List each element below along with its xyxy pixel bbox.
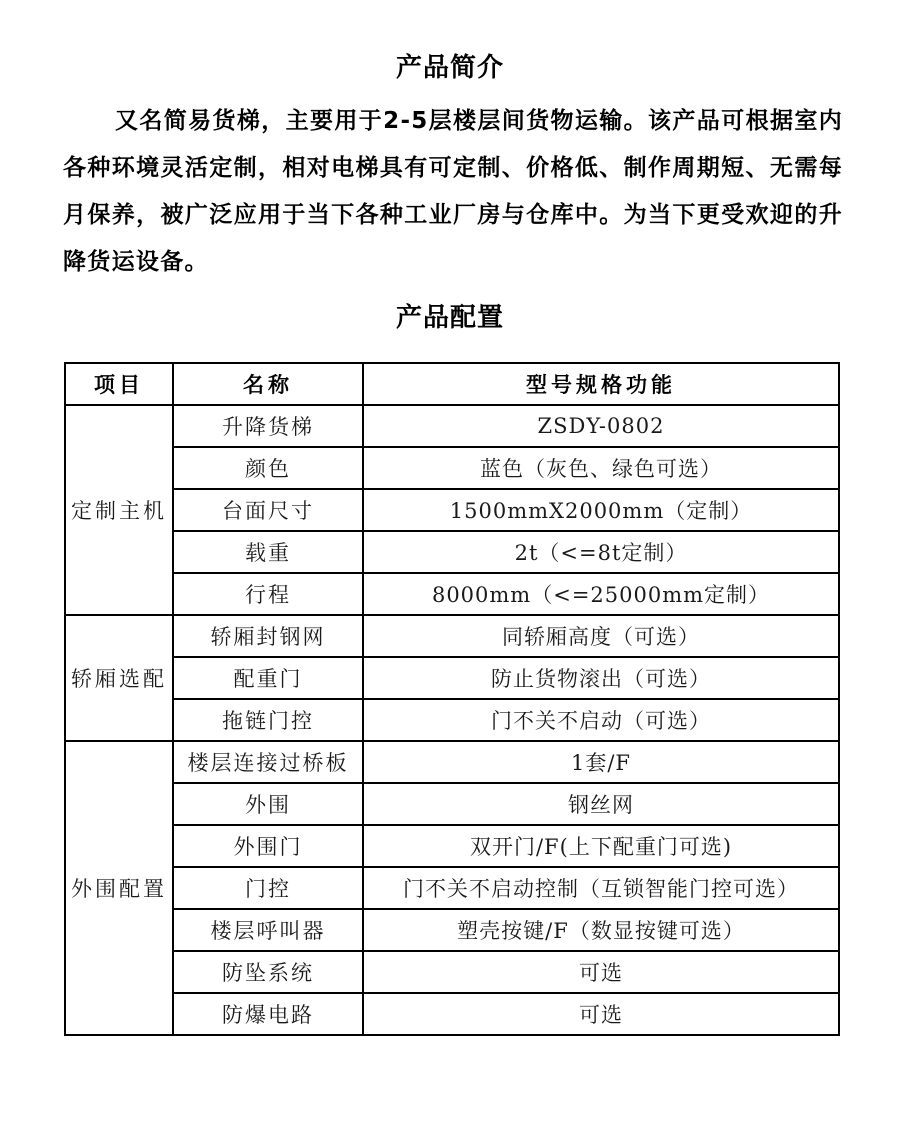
table-row: 防爆电路 可选 <box>65 993 839 1035</box>
header-item: 项目 <box>65 363 173 405</box>
row-name: 楼层连接过桥板 <box>173 741 363 783</box>
row-spec: 防止货物滚出（可选） <box>363 657 839 699</box>
row-name: 升降货梯 <box>173 405 363 447</box>
row-spec: 双开门/F(上下配重门可选) <box>363 825 839 867</box>
row-spec: 钢丝网 <box>363 783 839 825</box>
table-row: 外围门 双开门/F(上下配重门可选) <box>65 825 839 867</box>
table-row: 配重门 防止货物滚出（可选） <box>65 657 839 699</box>
row-spec: 1500mmX2000mm（定制） <box>363 489 839 531</box>
table-header-row: 项目 名称 型号规格功能 <box>65 363 839 405</box>
table-row: 拖链门控 门不关不启动（可选） <box>65 699 839 741</box>
row-name: 防坠系统 <box>173 951 363 993</box>
row-spec: 门不关不启动控制（互锁智能门控可选） <box>363 867 839 909</box>
intro-paragraph: 又名简易货梯，主要用于2-5层楼层间货物运输。该产品可根据室内各种环境灵活定制，… <box>63 98 843 286</box>
table-row: 门控 门不关不启动控制（互锁智能门控可选） <box>65 867 839 909</box>
row-spec: 门不关不启动（可选） <box>363 699 839 741</box>
row-spec: 蓝色（灰色、绿色可选） <box>363 447 839 489</box>
row-spec: 可选 <box>363 993 839 1035</box>
row-spec: 2t（<=8t定制） <box>363 531 839 573</box>
header-name: 名称 <box>173 363 363 405</box>
row-spec: 可选 <box>363 951 839 993</box>
table-row: 外围 钢丝网 <box>65 783 839 825</box>
group-label-car-options: 轿厢选配 <box>65 615 173 741</box>
config-table: 项目 名称 型号规格功能 定制主机 升降货梯 ZSDY-0802 颜色 蓝色（灰… <box>64 362 840 1036</box>
table-row: 颜色 蓝色（灰色、绿色可选） <box>65 447 839 489</box>
table-row: 台面尺寸 1500mmX2000mm（定制） <box>65 489 839 531</box>
table-row: 楼层呼叫器 塑壳按键/F（数显按键可选） <box>65 909 839 951</box>
row-name: 门控 <box>173 867 363 909</box>
row-name: 行程 <box>173 573 363 615</box>
table-row: 行程 8000mm（<=25000mm定制） <box>65 573 839 615</box>
group-label-peripheral: 外围配置 <box>65 741 173 1035</box>
intro-title: 产品简介 <box>0 53 900 83</box>
row-name: 颜色 <box>173 447 363 489</box>
group-label-main-unit: 定制主机 <box>65 405 173 615</box>
row-spec: ZSDY-0802 <box>363 405 839 447</box>
row-name: 防爆电路 <box>173 993 363 1035</box>
row-spec: 8000mm（<=25000mm定制） <box>363 573 839 615</box>
table-row: 定制主机 升降货梯 ZSDY-0802 <box>65 405 839 447</box>
row-name: 载重 <box>173 531 363 573</box>
row-spec: 1套/F <box>363 741 839 783</box>
header-spec: 型号规格功能 <box>363 363 839 405</box>
row-spec: 同轿厢高度（可选） <box>363 615 839 657</box>
table-row: 防坠系统 可选 <box>65 951 839 993</box>
row-name: 楼层呼叫器 <box>173 909 363 951</box>
row-name: 外围 <box>173 783 363 825</box>
config-title: 产品配置 <box>0 303 900 333</box>
table-row: 载重 2t（<=8t定制） <box>65 531 839 573</box>
row-name: 台面尺寸 <box>173 489 363 531</box>
row-spec: 塑壳按键/F（数显按键可选） <box>363 909 839 951</box>
table-row: 外围配置 楼层连接过桥板 1套/F <box>65 741 839 783</box>
row-name: 轿厢封钢网 <box>173 615 363 657</box>
row-name: 拖链门控 <box>173 699 363 741</box>
row-name: 外围门 <box>173 825 363 867</box>
row-name: 配重门 <box>173 657 363 699</box>
table-row: 轿厢选配 轿厢封钢网 同轿厢高度（可选） <box>65 615 839 657</box>
